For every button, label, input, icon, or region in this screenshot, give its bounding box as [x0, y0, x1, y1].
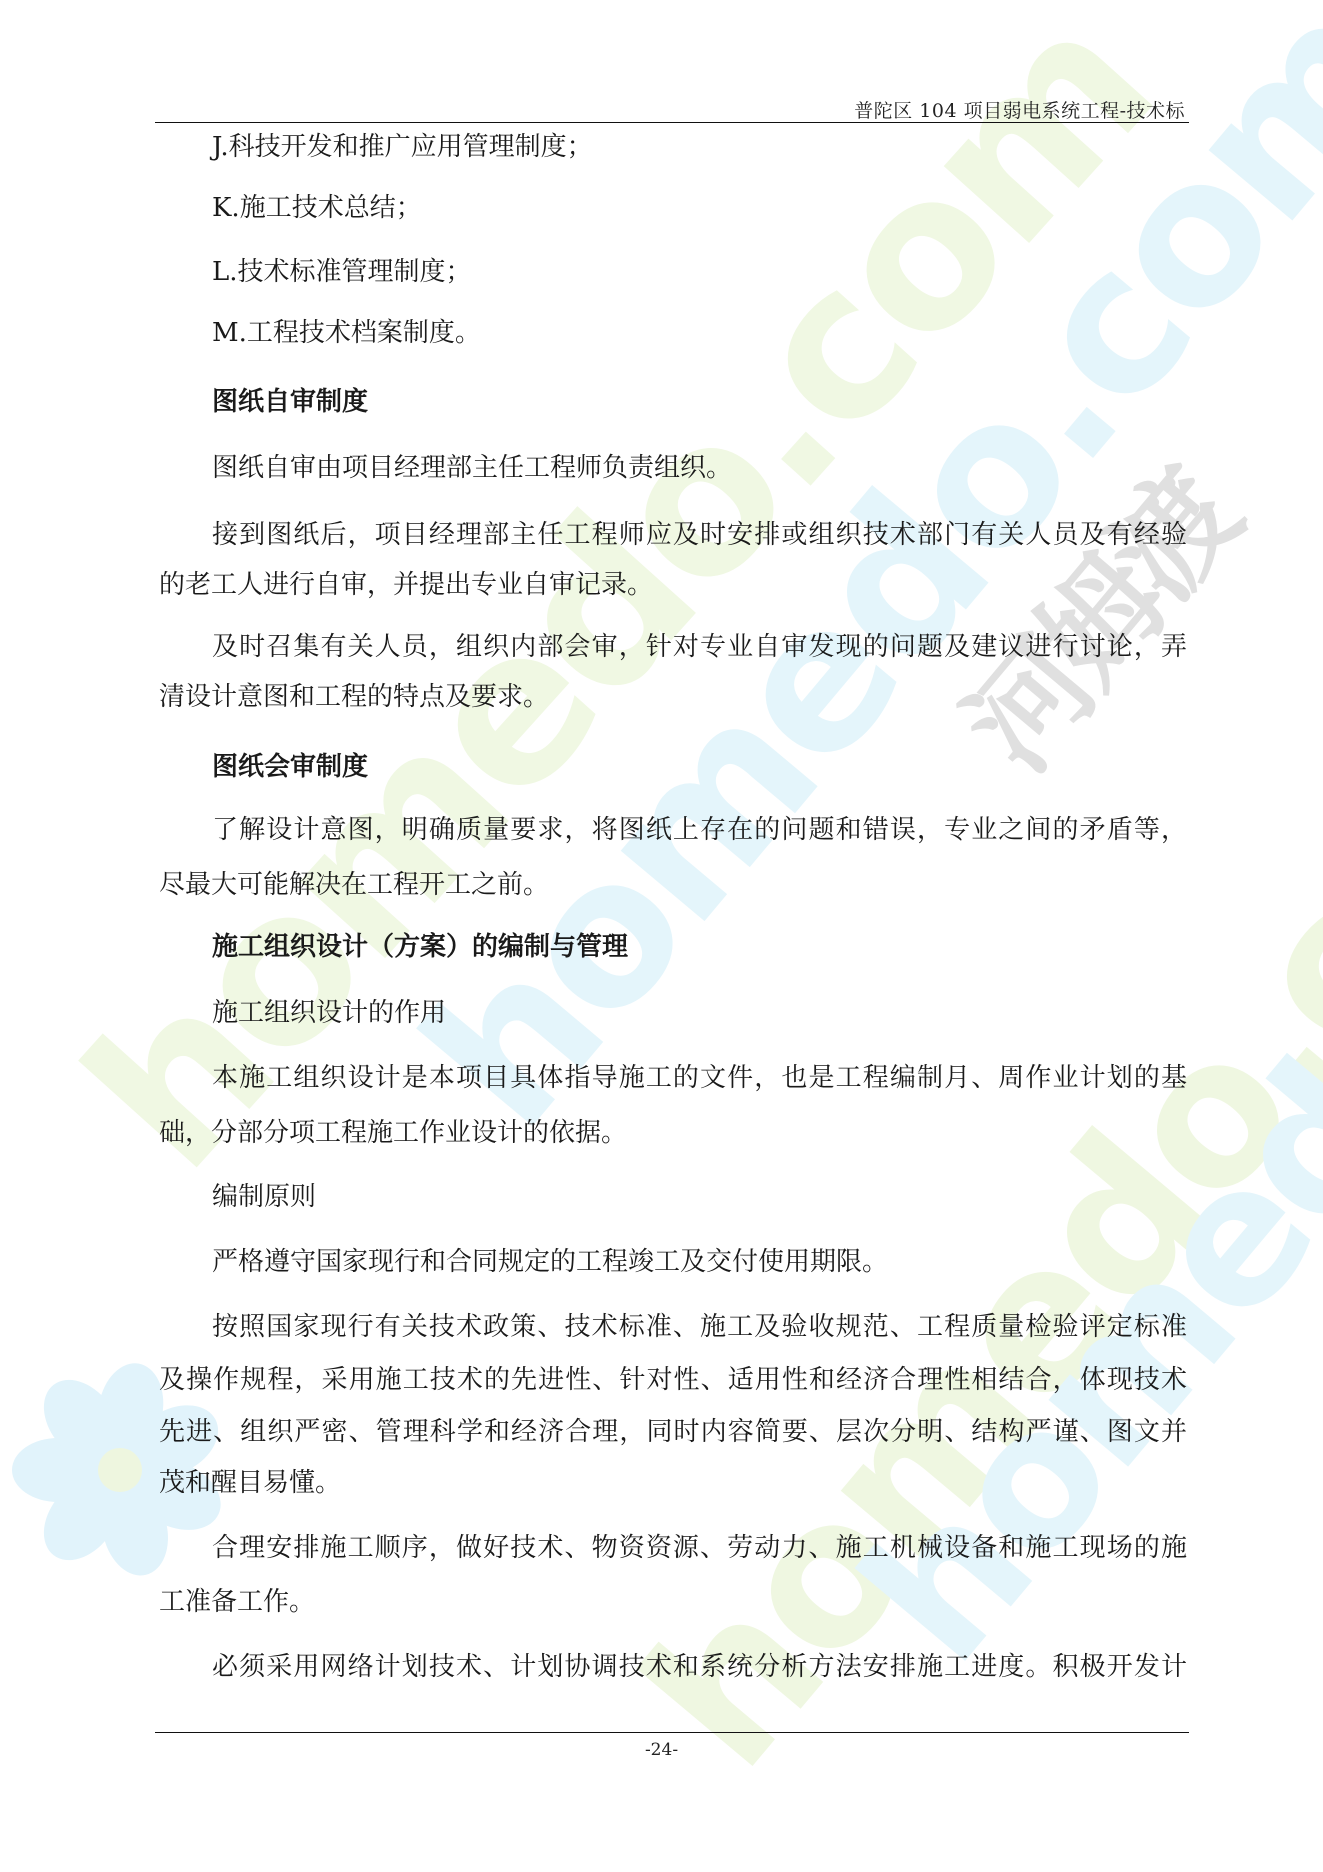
body-text-line: 础，分部分项工程施工作业设计的依据。 [159, 1115, 627, 1151]
watermark-homedo-green: homedo.com [40, 0, 1197, 1214]
body-text-line: 茂和醒目易懂。 [159, 1465, 341, 1501]
body-text-line: 施工组织设计的作用 [212, 995, 446, 1031]
body-text-line: M.工程技术档案制度。 [212, 315, 481, 351]
section-heading: 施工组织设计（方案）的编制与管理 [212, 929, 628, 965]
section-heading: 图纸会审制度 [212, 749, 368, 785]
body-text-line: L.技术标准管理制度； [212, 254, 472, 290]
body-text-line: 及时召集有关人员，组织内部会审，针对专业自审发现的问题及建议进行讨论，弄 [212, 629, 1187, 665]
body-text-line: 及操作规程，采用施工技术的先进性、针对性、适用性和经济合理性相结合，体现技术 [159, 1362, 1187, 1398]
section-heading: 图纸自审制度 [212, 384, 368, 420]
body-text-line: K.施工技术总结； [212, 190, 422, 226]
body-text-line: 工准备工作。 [159, 1584, 315, 1620]
body-text-line: 本施工组织设计是本项目具体指导施工的文件，也是工程编制月、周作业计划的基 [212, 1060, 1187, 1096]
body-text-line: 编制原则 [212, 1179, 316, 1215]
body-text-line: 合理安排施工顺序，做好技术、物资资源、劳动力、施工机械设备和施工现场的施 [212, 1530, 1187, 1566]
watermark-homedo-green-2: homedo.com [600, 599, 1323, 1810]
body-text-line: 的老工人进行自审，并提出专业自审记录。 [159, 567, 653, 603]
page-number: -24- [0, 1740, 1323, 1760]
body-text-line: 清设计意图和工程的特点及要求。 [159, 679, 549, 715]
body-text-line: 按照国家现行有关技术政策、技术标准、施工及验收规范、工程质量检验评定标准 [212, 1309, 1187, 1345]
body-text-line: 先进、组织严密、管理科学和经济合理，同时内容简要、层次分明、结构严谨、图文并 [159, 1414, 1187, 1450]
header-divider [155, 122, 1189, 123]
page-header-title: 普陀区 104 项目弱电系统工程-技术标 [854, 96, 1185, 123]
watermark-brand-gray: 河姆渡 [920, 433, 1268, 801]
footer-divider [155, 1732, 1189, 1733]
body-text-line: 尽最大可能解决在工程开工之前。 [159, 867, 549, 903]
body-text-line: 严格遵守国家现行和合同规定的工程竣工及交付使用期限。 [212, 1244, 888, 1280]
body-text-line: 了解设计意图，明确质量要求，将图纸上存在的问题和错误，专业之间的矛盾等， [212, 812, 1187, 848]
body-text-line: 必须采用网络计划技术、计划协调技术和系统分析方法安排施工进度。积极开发计 [212, 1649, 1187, 1685]
body-text-line: 图纸自审由项目经理部主任工程师负责组织。 [212, 450, 732, 486]
body-text-line: J.科技开发和推广应用管理制度； [212, 129, 593, 165]
body-text-line: 接到图纸后，项目经理部主任工程师应及时安排或组织技术部门有关人员及有经验 [212, 517, 1187, 553]
